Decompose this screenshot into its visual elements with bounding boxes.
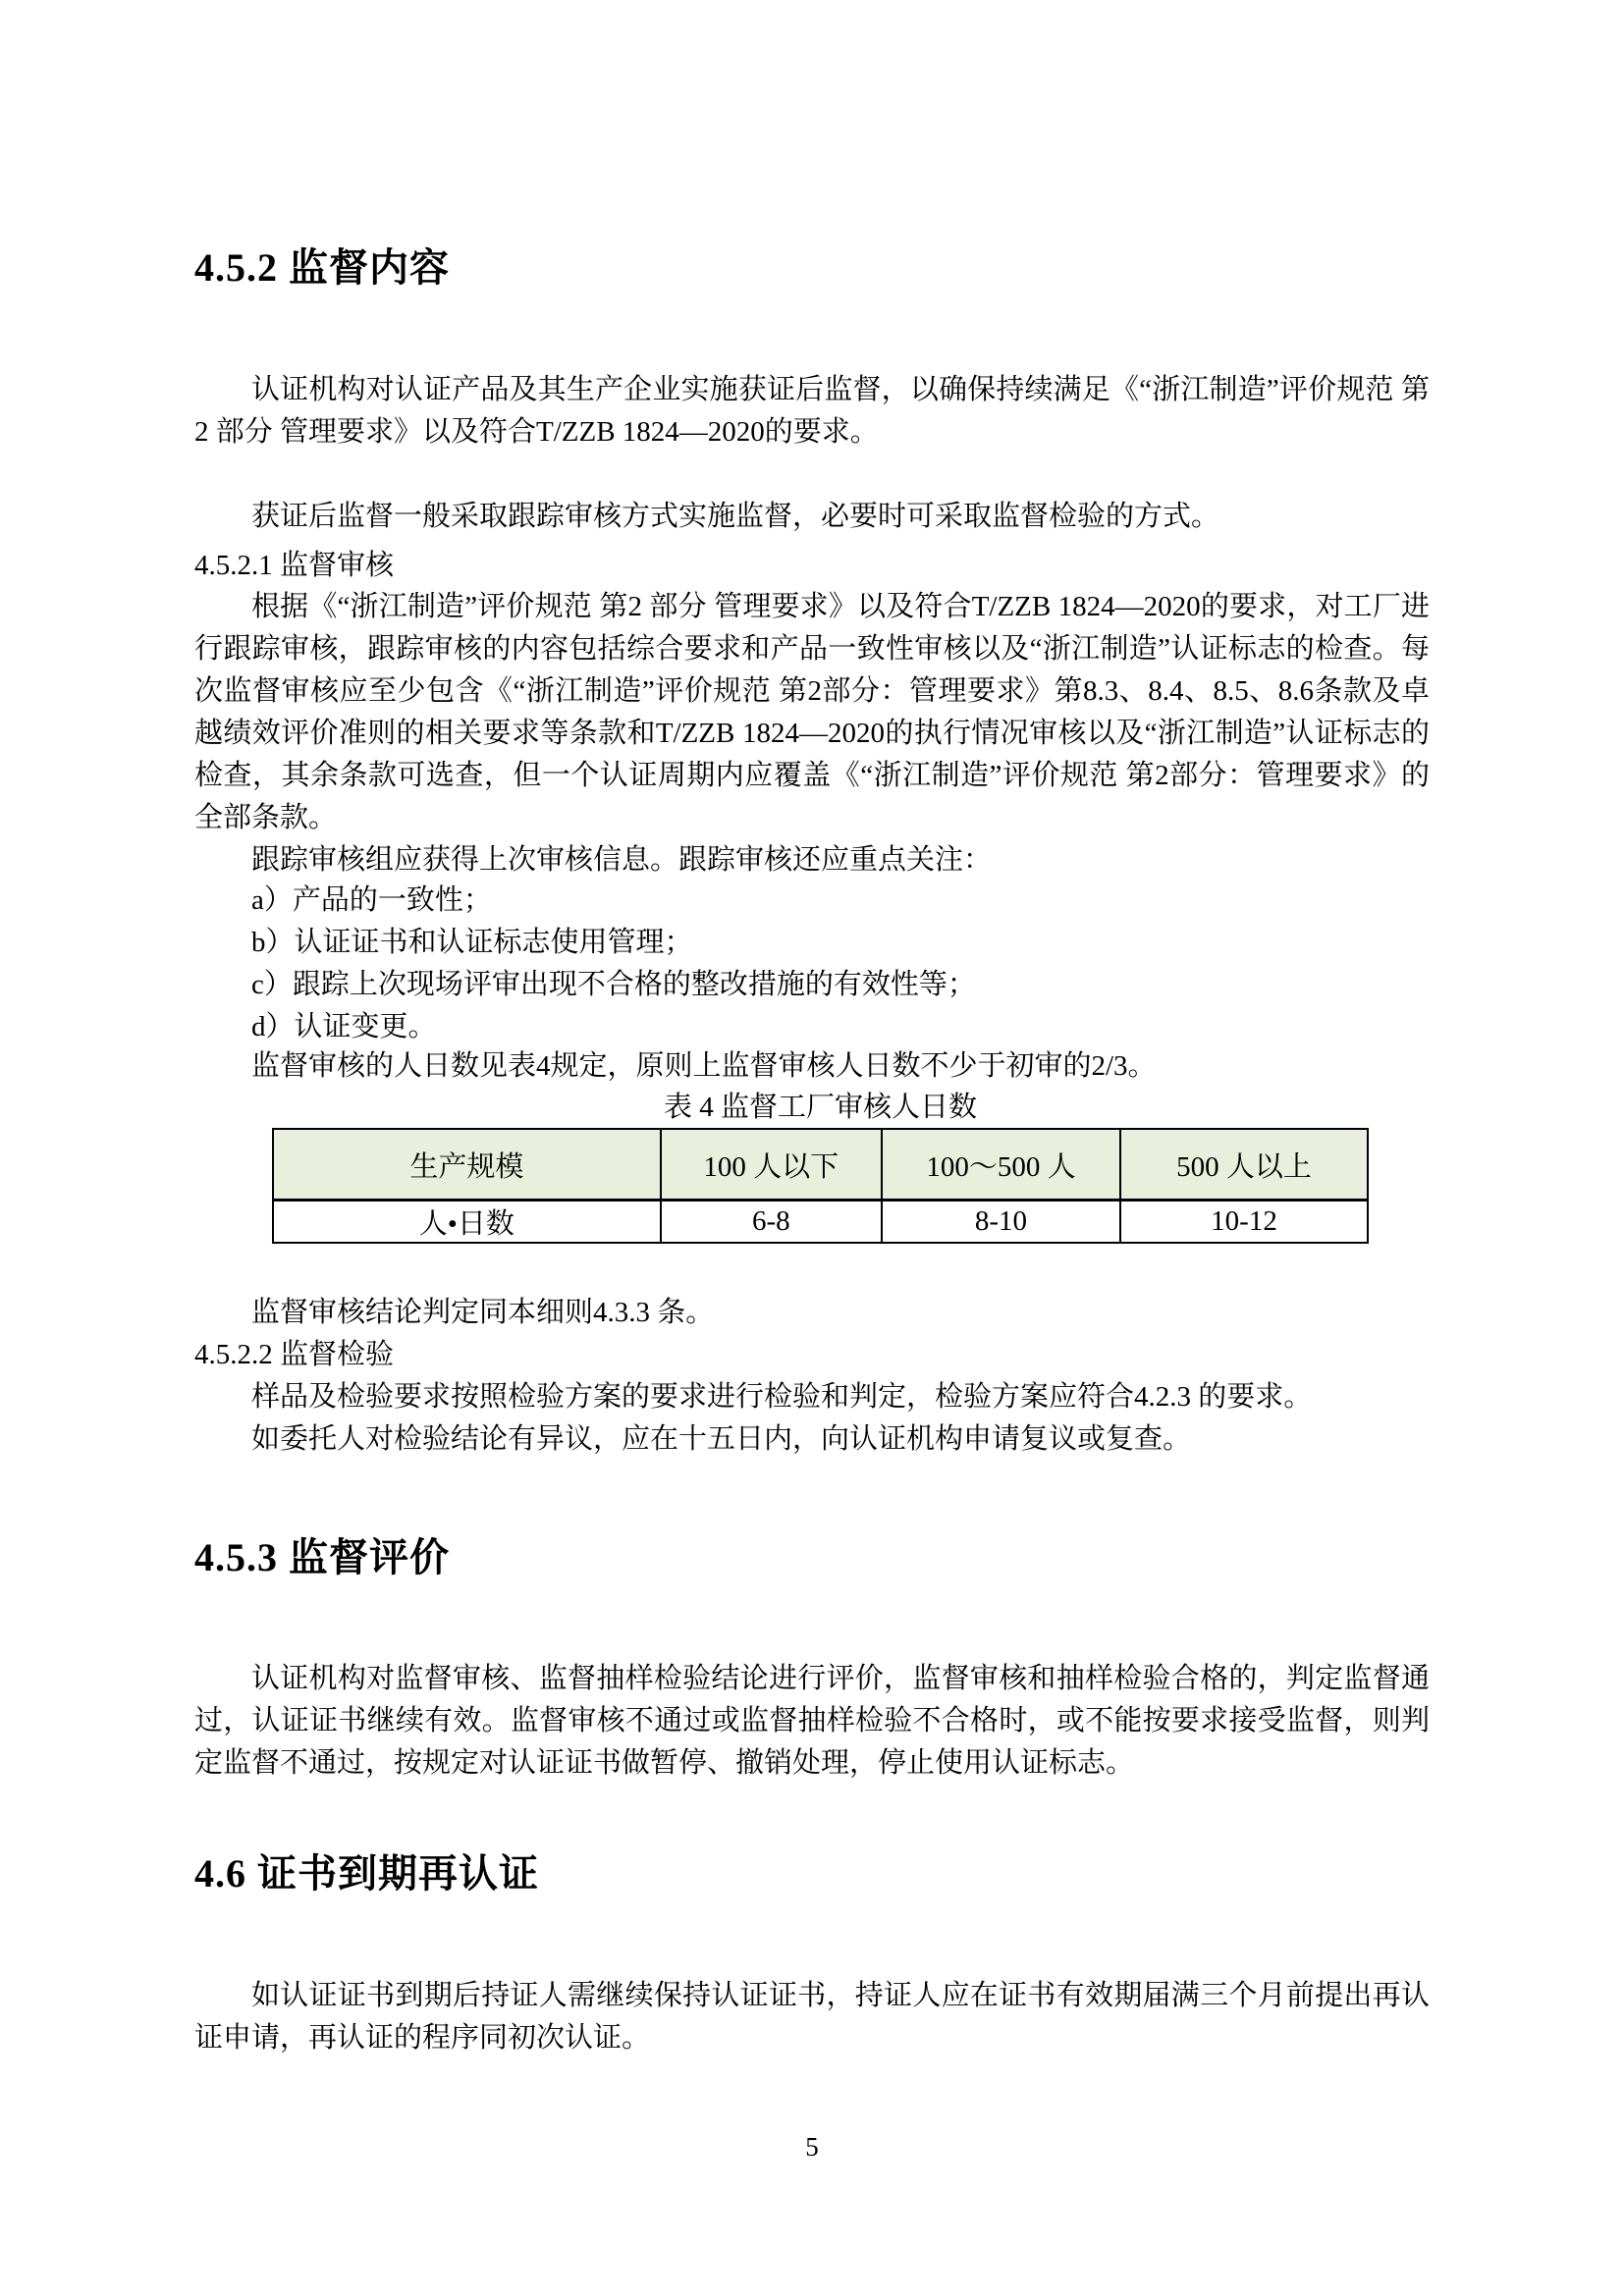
paragraph-audit-conclusion: 监督审核结论判定同本细则4.3.3 条。 — [194, 1292, 1430, 1334]
heading-4-5-3: 4.5.3 监督评价 — [194, 1535, 450, 1580]
table-header-production-scale: 生产规模 — [273, 1129, 661, 1201]
paragraph-objection: 如委托人对检验结论有异议，应在十五日内，向认证机构申请复议或复查。 — [194, 1418, 1430, 1461]
table-cell-man-days-label: 人•日数 — [273, 1201, 661, 1244]
table-row: 人•日数 6-8 8-10 10-12 — [273, 1201, 1368, 1244]
list-item-d: d）认证变更。 — [194, 1006, 1430, 1048]
page-number: 5 — [0, 2132, 1624, 2162]
heading-4-5-2: 4.5.2 监督内容 — [194, 245, 450, 291]
paragraph-supervision-method: 获证后监督一般采取跟踪审核方式实施监督，必要时可采取监督检验的方式。 — [194, 496, 1430, 538]
paragraph-sample-inspection: 样品及检验要求按照检验方案的要求进行检验和判定，检验方案应符合4.2.3 的要求… — [194, 1376, 1430, 1418]
heading-4-6: 4.6 证书到期再认证 — [194, 1851, 539, 1896]
table-header-over-500: 500 人以上 — [1120, 1129, 1368, 1201]
heading-4-5-2-2: 4.5.2.2 监督检验 — [194, 1334, 1430, 1376]
list-item-a: a）产品的一致性； — [194, 880, 1430, 922]
paragraph-audit-focus: 跟踪审核组应获得上次审核信息。跟踪审核还应重点关注： — [194, 839, 1430, 881]
list-item-b: b）认证证书和认证标志使用管理； — [194, 922, 1430, 964]
table-header-100-500: 100～500 人 — [882, 1129, 1120, 1201]
table-header-row: 生产规模 100 人以下 100～500 人 500 人以上 — [273, 1129, 1368, 1201]
table-header-under-100: 100 人以下 — [661, 1129, 882, 1201]
paragraph-supervision-evaluation: 认证机构对监督审核、监督抽样检验结论进行评价，监督审核和抽样检验合格的，判定监督… — [194, 1658, 1430, 1785]
table-4-man-days: 生产规模 100 人以下 100～500 人 500 人以上 人•日数 6-8 … — [272, 1128, 1369, 1244]
paragraph-recertification: 如认证证书到期后持证人需继续保持认证证书，持证人应在证书有效期届满三个月前提出再… — [194, 1975, 1430, 2059]
table-cell-10-12: 10-12 — [1120, 1201, 1368, 1244]
document-page: 4.5.2 监督内容 认证机构对认证产品及其生产企业实施获证后监督，以确保持续满… — [0, 0, 1624, 2296]
paragraph-supervision-intro: 认证机构对认证产品及其生产企业实施获证后监督，以确保持续满足《“浙江制造”评价规… — [194, 369, 1430, 454]
paragraph-man-days: 监督审核的人日数见表4规定，原则上监督审核人日数不少于初审的2/3。 — [194, 1045, 1430, 1088]
paragraph-tracking-audit: 根据《“浙江制造”评价规范 第2 部分 管理要求》以及符合T/ZZB 1824—… — [194, 586, 1430, 839]
table-4-caption: 表 4 监督工厂审核人日数 — [272, 1087, 1369, 1129]
audit-focus-list: a）产品的一致性； b）认证证书和认证标志使用管理； c）跟踪上次现场评审出现不… — [194, 880, 1430, 1048]
table-cell-8-10: 8-10 — [882, 1201, 1120, 1244]
heading-4-5-2-1: 4.5.2.1 监督审核 — [194, 545, 1430, 587]
list-item-c: c）跟踪上次现场评审出现不合格的整改措施的有效性等； — [194, 964, 1430, 1006]
table-cell-6-8: 6-8 — [661, 1201, 882, 1244]
